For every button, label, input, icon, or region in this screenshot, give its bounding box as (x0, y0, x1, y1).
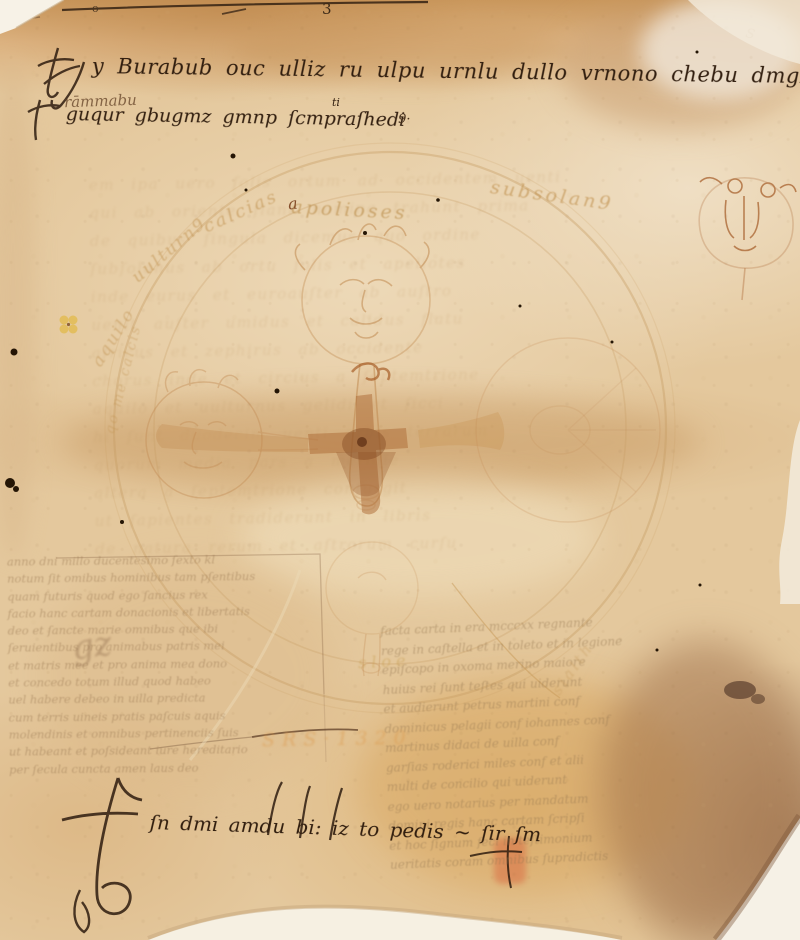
page-edge-layer (0, 0, 800, 940)
top-right-pale-corner (688, 0, 800, 64)
manuscript-photo: em ipa uero ſolis ortum ad occidentem ue… (0, 0, 800, 940)
right-edge-white (716, 420, 800, 940)
top-left-tear (0, 0, 64, 34)
bottom-edge-white (148, 907, 622, 940)
parchment-background: em ipa uero ſolis ortum ad occidentem ue… (0, 0, 800, 940)
